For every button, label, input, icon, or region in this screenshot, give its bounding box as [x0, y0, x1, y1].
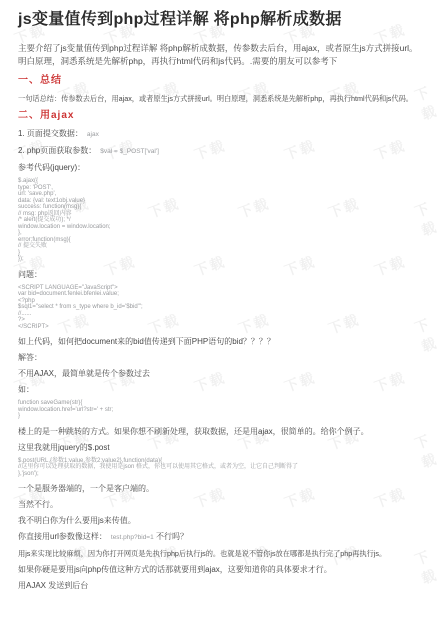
answer-intro: 不用AJAX，最简单就是传个参数过去 [18, 368, 422, 380]
note-send: 用AJAX 发送到后台 [18, 580, 422, 592]
answer-label: 解答： [18, 352, 422, 364]
note-must-ajax: 如果你硬是要用js向php传值这种方式的话那就要用到ajax，这要知道你的具体要… [18, 564, 422, 576]
step-2-code: $val = $_POST['val'] [100, 148, 159, 155]
section-heading-ajax: 二、用ajax [18, 109, 422, 122]
note-sides: 一个是服务器端的，一个是客户端的。 [18, 483, 422, 495]
step-1: 1. 页面提交数据：ajax [18, 128, 422, 141]
article: js变量值传到php过程详解 将php解析成数据 主要介绍了js变量值传到php… [0, 10, 440, 592]
example-label: 如： [18, 384, 422, 396]
question-paragraph: 如上代码，如何把document来的bid值传递到下面PHP语句的bid？？？？ [18, 336, 422, 348]
article-page: { "doc": { "title": "js变量值传到php过程详解 将php… [0, 0, 440, 620]
intro-paragraph: 主要介绍了js变量值传到php过程详解 将php解析成数据，传参数去后台，用aj… [18, 42, 422, 68]
jquery-note: 这里我就用jquery的$.post [18, 442, 422, 454]
step-2-label: 2. php页面获取参数： [18, 146, 96, 155]
ajax-code-block: $.ajax({ type: 'POST', url: 'save.php', … [18, 178, 422, 263]
note-why: 我不明白你为什么要用js来传值。 [18, 515, 422, 527]
step-1-code: ajax [87, 131, 99, 138]
note-js-trouble: 用js来实现比较麻烦，因为你打开网页是先执行php后执行js的。也就是说不管你j… [18, 548, 422, 560]
step-2: 2. php页面获取参数：$val = $_POST['val'] [18, 145, 422, 158]
reference-code-label: 参考代码(jquery)： [18, 162, 422, 174]
post-code-block: $.post(URL,{参数1:value,参数2:value2},functi… [18, 458, 422, 478]
note-url-code: test.php?bid=1 [111, 534, 154, 541]
note-url: 你直接用url参数像这样：test.php?bid=1 不行吗？ [18, 531, 422, 544]
note-url-label: 你直接用url参数像这样： [18, 532, 107, 541]
script-code-block: <SCRIPT LANGUAGE="JavaScript"> var bid=d… [18, 285, 422, 331]
note-url-suffix: 不行吗？ [156, 532, 188, 541]
summary-paragraph: 一句话总结：传参数去后台，用ajax，或者原生js方式拼接url。明白原理，洞悉… [18, 93, 422, 105]
page-title: js变量值传到php过程详解 将php解析成数据 [18, 10, 422, 30]
redirect-code-block: function saveGame(str){ window.location.… [18, 400, 422, 420]
note-no: 当然不行。 [18, 499, 422, 511]
step-1-label: 1. 页面提交数据： [18, 129, 83, 138]
section-heading-summary: 一、总结 [18, 74, 422, 87]
question-label: 问题： [18, 269, 422, 281]
jump-note: 楼上的是一种跳转的方式。如果你想不刷新处理，获取数据，还是用ajax，很简单的。… [18, 426, 422, 438]
